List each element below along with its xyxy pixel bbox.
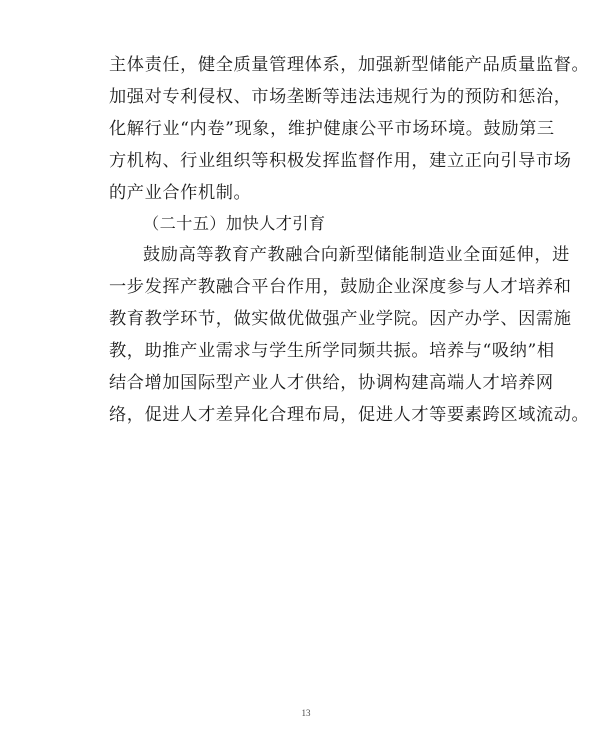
body-text: 主体责任，健全质量管理体系，加强新型储能产品质量监督。 加强对专利侵权、市场垄断…: [109, 49, 507, 431]
text-line: 加强对专利侵权、市场垄断等违法违规行为的预防和惩治，: [109, 81, 507, 113]
text-line: 教，助推产业需求与学生所学同频共振。培养与“吸纳”相: [109, 335, 507, 367]
text-line: 一步发挥产教融合平台作用，鼓励企业深度参与人才培养和: [109, 271, 507, 303]
paragraph-talent: 鼓励高等教育产教融合向新型储能制造业全面延伸，进 一步发挥产教融合平台作用，鼓励…: [109, 239, 507, 431]
text-line: 化解行业“内卷”现象，维护健康公平市场环境。鼓励第三: [109, 113, 507, 145]
text-line: 的产业合作机制。: [109, 177, 507, 209]
page-number: 13: [0, 708, 612, 718]
text-line: 方机构、行业组织等积极发挥监督作用，建立正向引导市场: [109, 145, 507, 177]
paragraph-continued: 主体责任，健全质量管理体系，加强新型储能产品质量监督。 加强对专利侵权、市场垄断…: [109, 49, 507, 209]
text-line: 络，促进人才差异化合理布局，促进人才等要素跨区域流动。: [109, 399, 507, 431]
section-heading: （二十五）加快人才引育: [109, 209, 507, 239]
text-line: 鼓励高等教育产教融合向新型储能制造业全面延伸，进: [109, 239, 507, 271]
text-line: 结合增加国际型产业人才供给，协调构建高端人才培养网: [109, 367, 507, 399]
document-page: 主体责任，健全质量管理体系，加强新型储能产品质量监督。 加强对专利侵权、市场垄断…: [0, 0, 612, 743]
text-line: 教育教学环节，做实做优做强产业学院。因产办学、因需施: [109, 303, 507, 335]
text-line: 主体责任，健全质量管理体系，加强新型储能产品质量监督。: [109, 49, 507, 81]
